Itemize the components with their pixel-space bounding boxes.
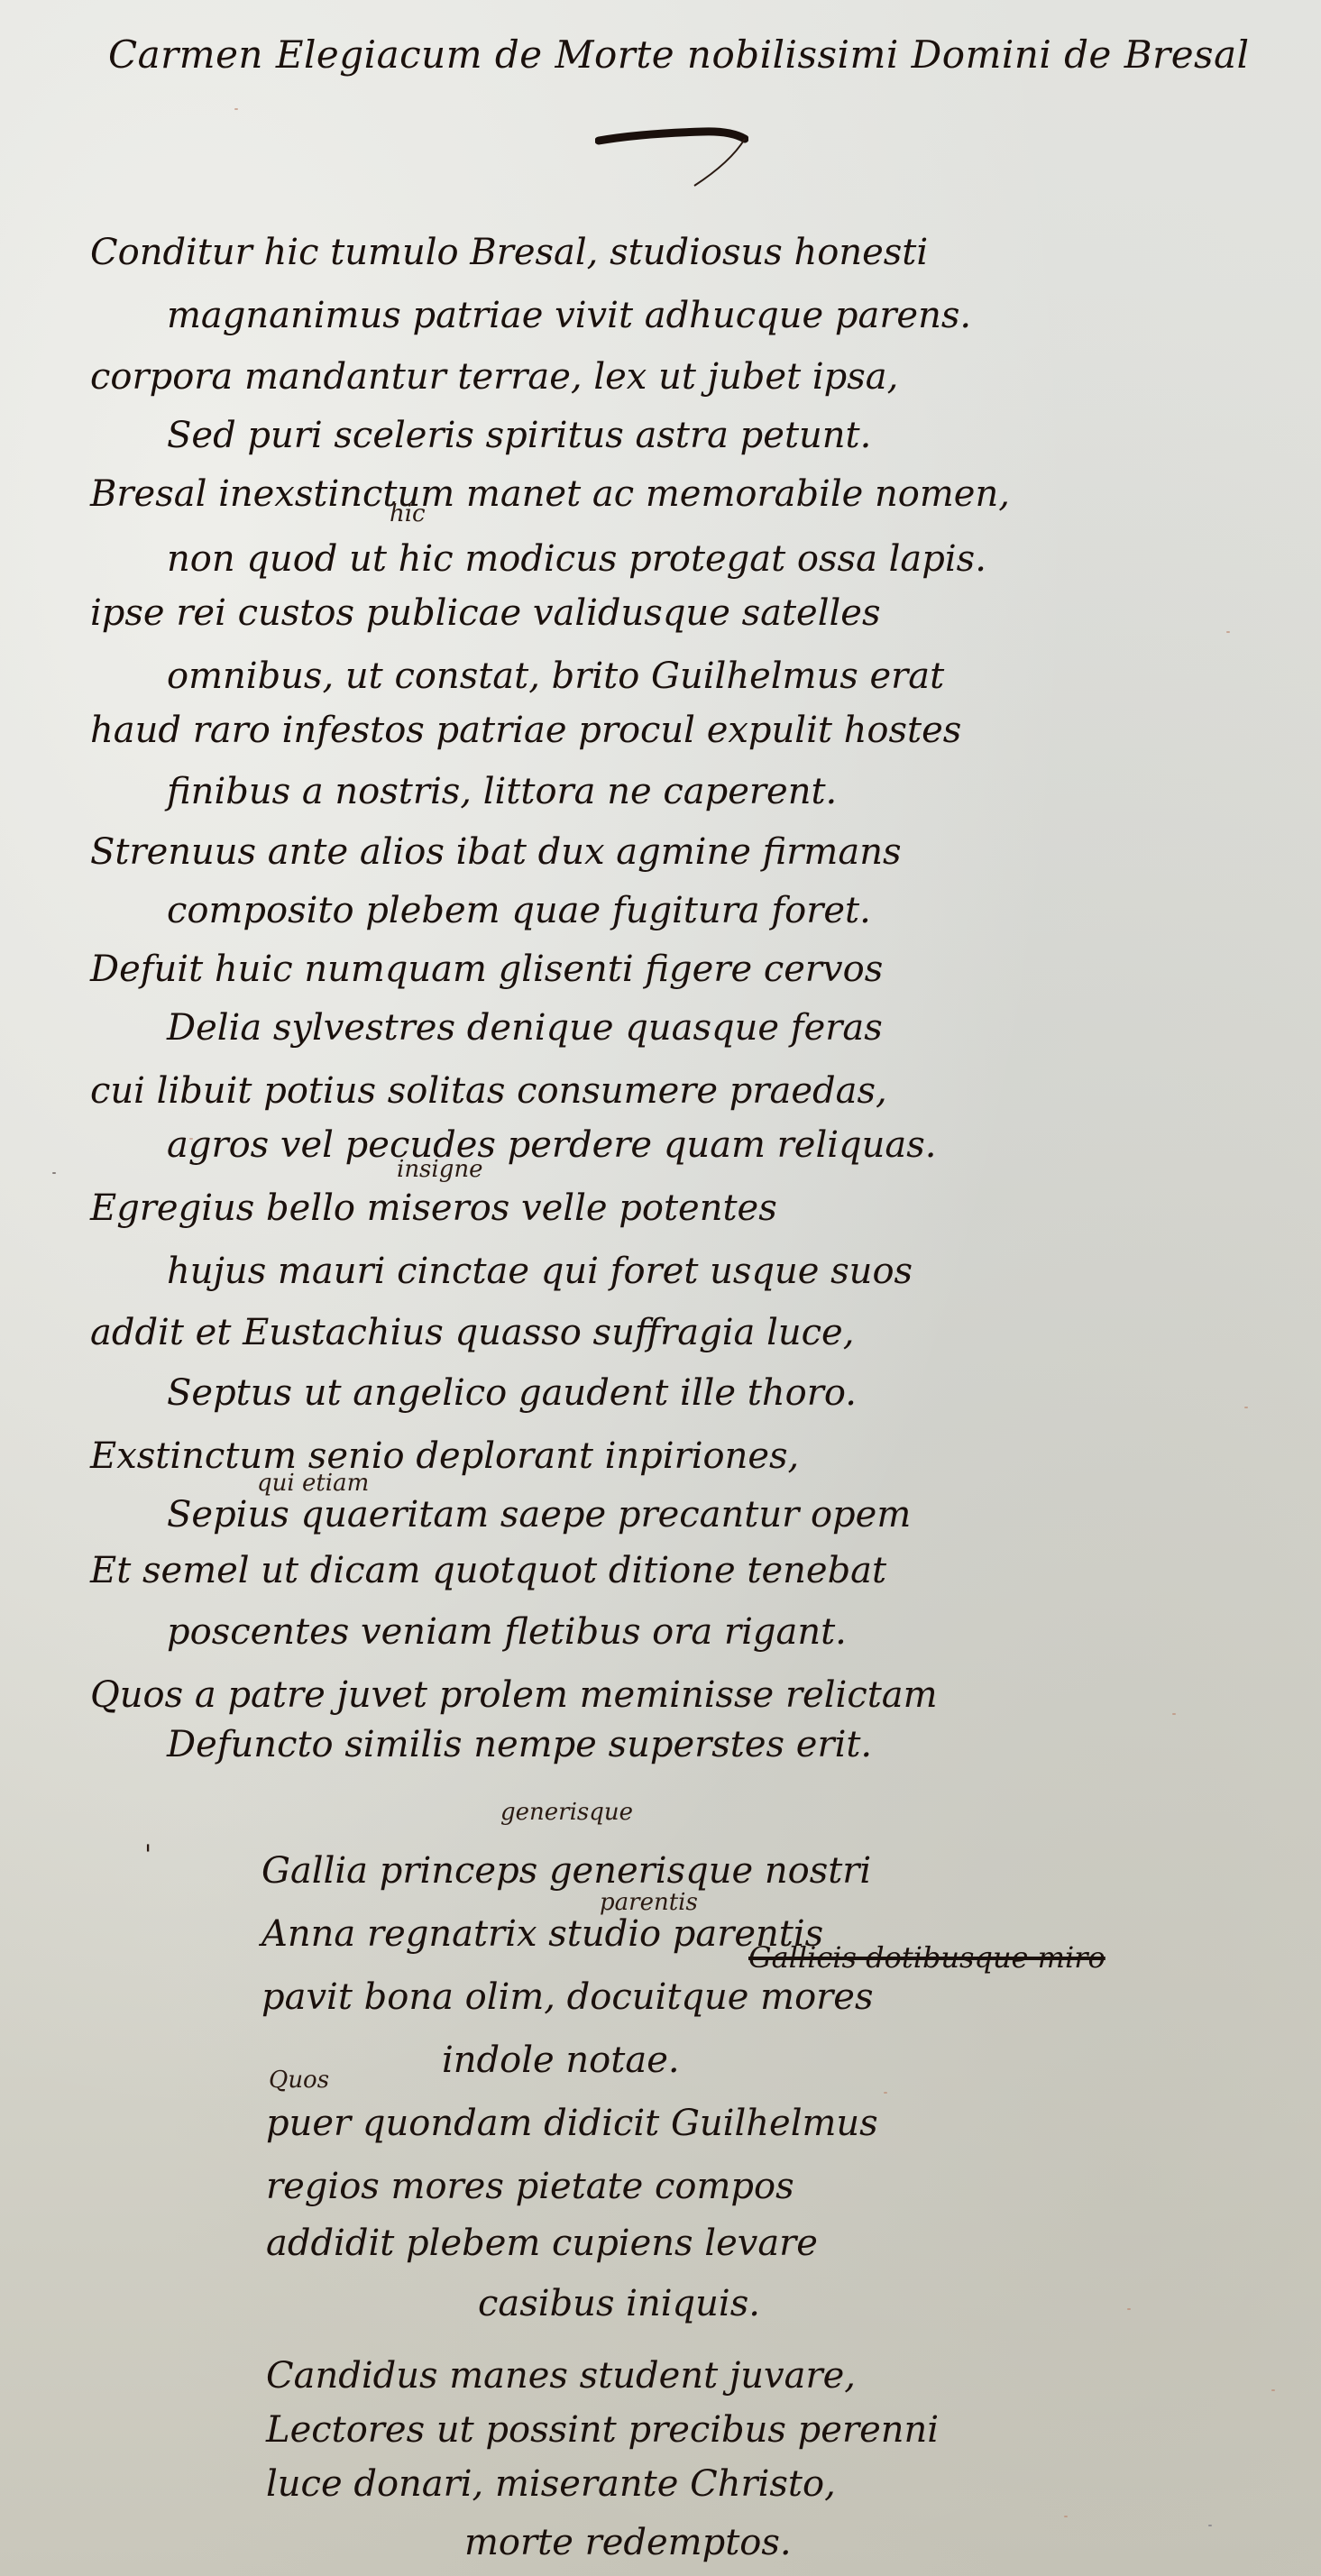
verse-line: luce donari, miserante Christo, [266, 2466, 836, 2502]
interlinear-insert: parentis [600, 1889, 698, 1916]
verse-line: Delia sylvestres denique quasque feras [167, 1010, 883, 1046]
verse-line: magnanimus patriae vivit adhucque parens… [167, 298, 971, 334]
struck-text: Gallicis dotibusque miro [748, 1943, 1105, 1972]
verse-line: Gallia princeps generisque nostri [261, 1853, 871, 1889]
verse-line: finibus a nostris, littora ne caperent. [167, 774, 837, 810]
verse-line: composito plebem quae fugitura foret. [167, 893, 871, 929]
interlinear-insert: insigne [397, 1156, 483, 1183]
verse-line: non quod ut hic modicus protegat ossa la… [167, 541, 986, 577]
verse-line: Septus ut angelico gaudent ille thoro. [167, 1375, 857, 1411]
verse-line: Defuit huic numquam glisenti figere cerv… [90, 951, 883, 987]
interlinear-insert: generisque [500, 1799, 633, 1826]
interlinear-insert: Quos [269, 2067, 329, 2094]
verse-line: Candidus manes student juvare, [266, 2358, 856, 2394]
verse-line: pavit bona olim, docuitque mores [261, 1979, 873, 2015]
verse-line: corpora mandantur terrae, lex ut jubet i… [90, 359, 898, 395]
verse-line: cui libuit potius solitas consumere prae… [90, 1073, 887, 1109]
verse-line: Et semel ut dicam quotquot ditione teneb… [90, 1553, 886, 1589]
verse-line: haud raro infestos patriae procul expuli… [90, 712, 961, 748]
verse-line: Lectores ut possint precibus perenni [266, 2412, 939, 2448]
verse-line: addidit plebem cupiens levare [266, 2225, 818, 2261]
title-flourish [595, 126, 748, 189]
verse-line: Anna regnatrix studio parentis [261, 1916, 823, 1952]
verse-line: ipse rei custos publicae validusque sate… [90, 595, 880, 631]
verse-line: Sed puri sceleris spiritus astra petunt. [167, 417, 871, 454]
verse-line: poscentes veniam fletibus ora rigant. [167, 1614, 847, 1650]
manuscript-page: Carmen Elegiacum de Morte nobilissimi Do… [0, 0, 1321, 2576]
verse-line: Defuncto similis nempe superstes erit. [167, 1727, 872, 1763]
verse-line: Egregius bello miseros velle potentes [90, 1190, 777, 1226]
verse-line: casibus iniquis. [478, 2286, 760, 2322]
verse-line: indole notae. [442, 2042, 680, 2078]
interlinear-insert: hic [390, 500, 426, 527]
verse-line: addit et Eustachius quasso suffragia luc… [90, 1315, 854, 1351]
verse-line: omnibus, ut constat, brito Guilhelmus er… [167, 658, 944, 694]
verse-line: morte redemptos. [464, 2525, 792, 2561]
verse-line: agros vel pecudes perdere quam reliquas. [167, 1127, 937, 1163]
verse-line: Bresal inexstinctum manet ac memorabile … [90, 476, 1010, 512]
verse-line: Sepius quaeritam saepe precantur opem [167, 1497, 911, 1533]
verse-line: hujus mauri cinctae qui foret usque suos [167, 1253, 913, 1289]
margin-mark: ' [144, 1839, 151, 1871]
interlinear-insert: qui etiam [257, 1470, 369, 1497]
verse-line: Strenuus ante alios ibat dux agmine firm… [90, 834, 902, 870]
verse-line: puer quondam didicit Guilhelmus [266, 2105, 878, 2141]
verse-line: Conditur hic tumulo Bresal, studiosus ho… [90, 234, 928, 270]
document-title: Carmen Elegiacum de Morte nobilissimi Do… [108, 32, 1250, 77]
verse-line: Exstinctum senio deplorant inpiriones, [90, 1438, 799, 1474]
verse-line: Quos a patre juvet prolem meminisse reli… [90, 1677, 938, 1713]
verse-line: regios mores pietate compos [266, 2168, 794, 2205]
